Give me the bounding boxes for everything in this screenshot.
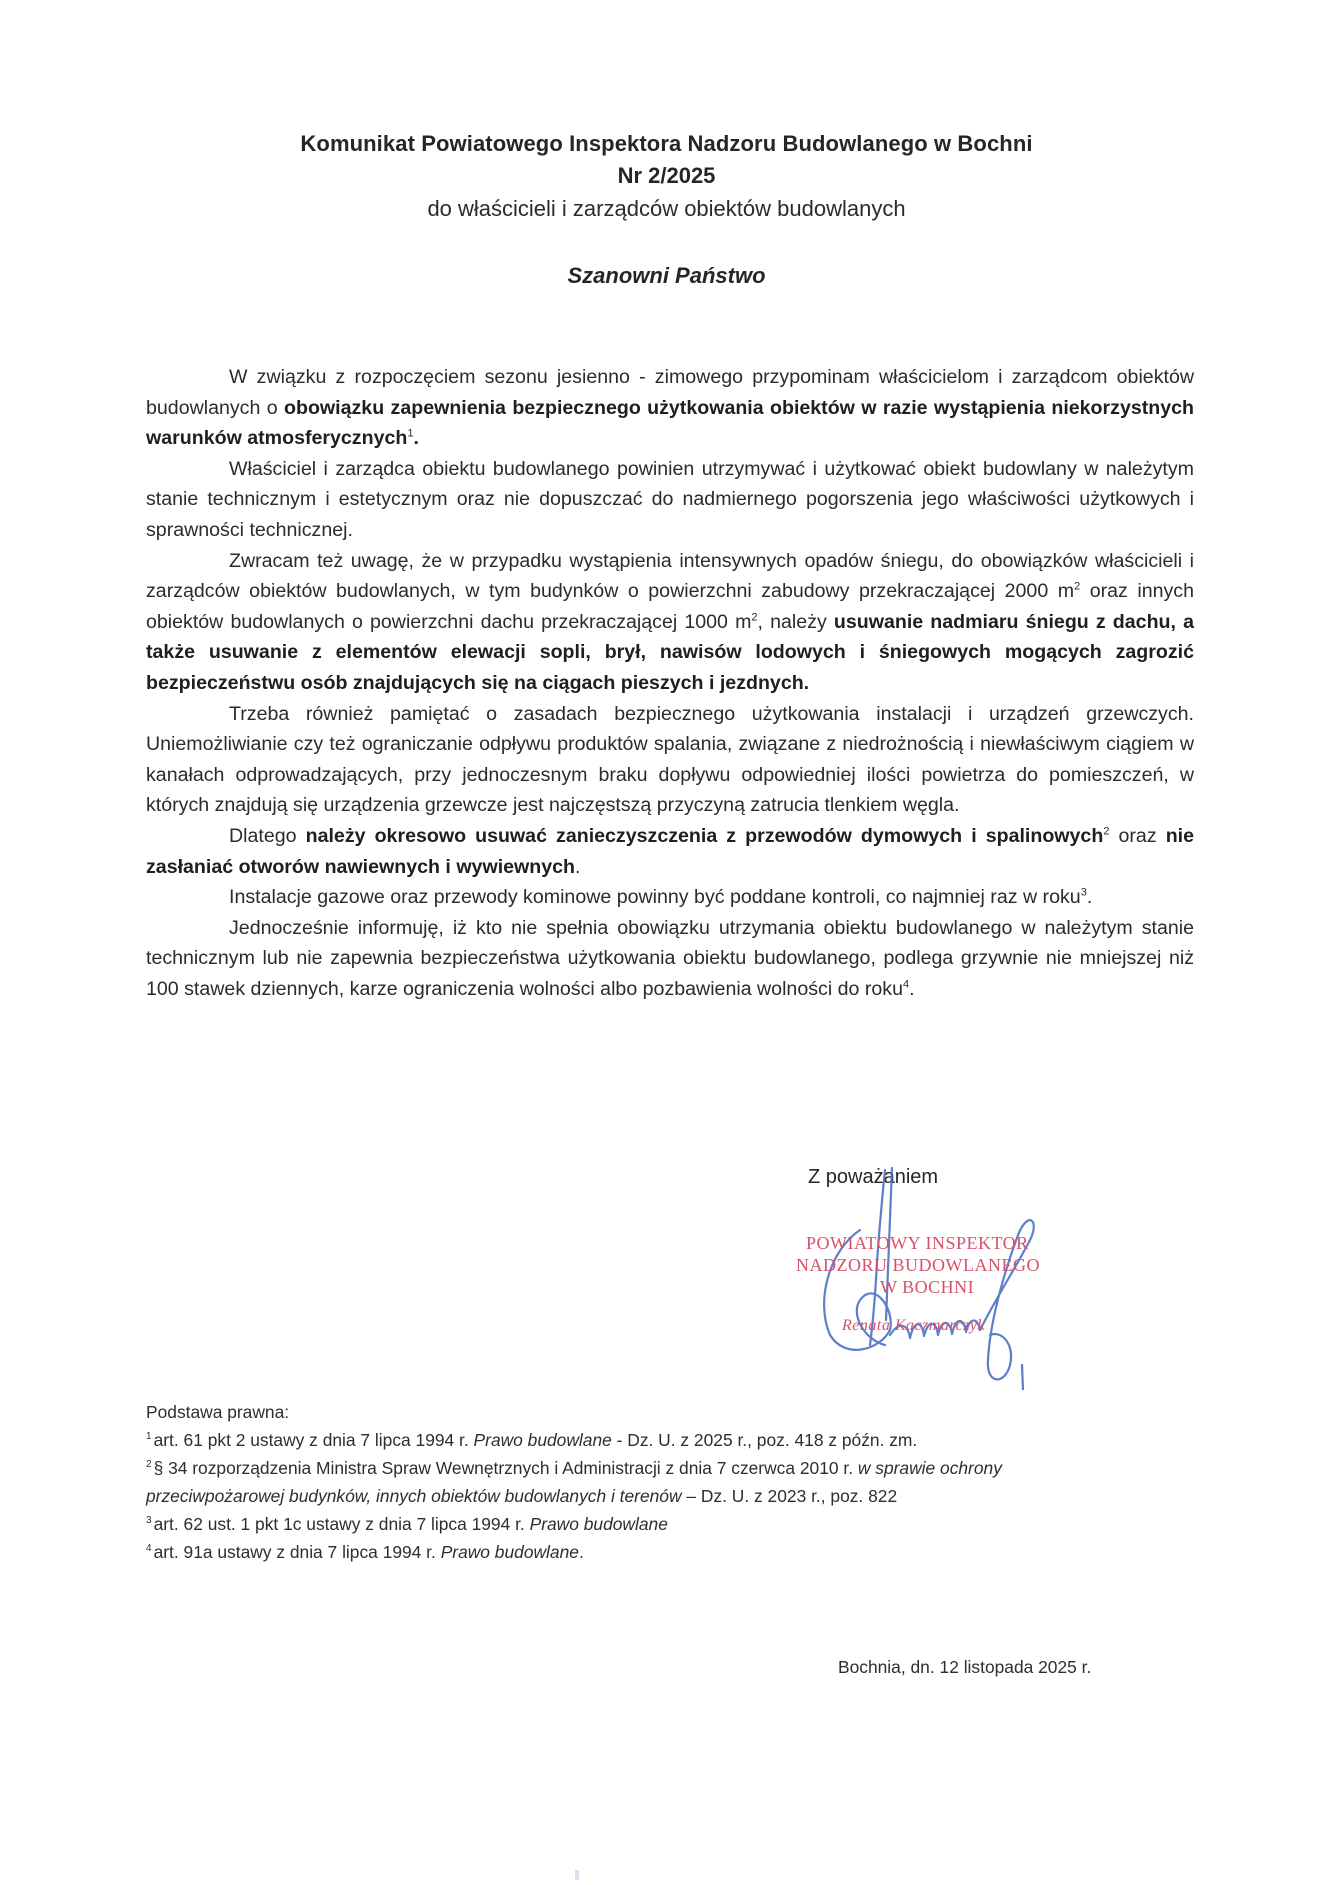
- footnote-text: art. 62 ust. 1 pkt 1c ustawy z dnia 7 li…: [154, 1514, 530, 1534]
- body-text: W związku z rozpoczęciem sezonu jesienno…: [146, 362, 1194, 1004]
- paragraph-text: Trzeba również pamiętać o zasadach bezpi…: [146, 703, 1194, 817]
- footnote-text: .: [579, 1542, 584, 1562]
- title-block: Komunikat Powiatowego Inspektora Nadzoru…: [0, 128, 1333, 226]
- emphasis-text: .: [413, 427, 418, 449]
- paragraph-text: Dlatego: [229, 825, 306, 847]
- act-title: Prawo budowlane: [530, 1514, 668, 1534]
- emphasis-text: obowiązku zapewnienia bezpiecznego użytk…: [146, 397, 1194, 450]
- stamp-line-1: POWIATOWY INSPEKTOR: [806, 1233, 1029, 1254]
- paragraph-text: .: [1087, 886, 1092, 908]
- paragraph-3: Zwracam też uwagę, że w przypadku wystąp…: [146, 546, 1194, 699]
- paragraph-7: Jednocześnie informuję, iż kto nie spełn…: [146, 913, 1194, 1005]
- stamp-line-2: NADZORU BUDOWLANEGO: [796, 1255, 1040, 1276]
- act-title: w sprawie ochrony: [858, 1458, 1002, 1478]
- footnote-text: – Dz. U. z 2023 r., poz. 822: [682, 1486, 898, 1506]
- greeting: Szanowni Państwo: [0, 263, 1333, 289]
- footnote-text: - Dz. U. z 2025 r., poz. 418 z późn. zm.: [612, 1430, 917, 1450]
- document-title: Komunikat Powiatowego Inspektora Nadzoru…: [0, 128, 1333, 160]
- scan-artifact: [575, 1870, 579, 1880]
- footnote-text: § 34 rozporządzenia Ministra Spraw Wewnę…: [154, 1458, 858, 1478]
- paragraph-text: oraz: [1109, 825, 1165, 847]
- document-number: Nr 2/2025: [0, 160, 1333, 192]
- footnote-number: 3: [146, 1515, 152, 1526]
- paragraph-2: Właściciel i zarządca obiektu budowlaneg…: [146, 454, 1194, 546]
- paragraph-5: Dlatego należy okresowo usuwać zanieczys…: [146, 821, 1194, 882]
- footnotes-heading: Podstawa prawna:: [146, 1398, 1196, 1426]
- footnote-number: 4: [146, 1543, 152, 1554]
- paragraph-text: .: [909, 978, 914, 1000]
- official-stamp: POWIATOWY INSPEKTOR NADZORU BUDOWLANEGO …: [780, 1215, 1100, 1375]
- paragraph-text: , należy: [758, 611, 834, 633]
- document-addressee: do właścicieli i zarządców obiektów budo…: [0, 192, 1333, 226]
- document-page: Komunikat Powiatowego Inspektora Nadzoru…: [0, 0, 1333, 1885]
- act-title: przeciwpożarowej budynków, innych obiekt…: [146, 1486, 682, 1506]
- legal-basis-footnotes: Podstawa prawna: 1art. 61 pkt 2 ustawy z…: [146, 1398, 1196, 1566]
- act-title: Prawo budowlane: [474, 1430, 612, 1450]
- paragraph-text: Zwracam też uwagę, że w przypadku wystąp…: [146, 550, 1194, 603]
- footnote-text: art. 61 pkt 2 ustawy z dnia 7 lipca 1994…: [154, 1430, 474, 1450]
- footnote-number: 1: [146, 1431, 152, 1442]
- stamp-name: Renata Kaczmarczyk: [842, 1317, 985, 1335]
- paragraph-text: Właściciel i zarządca obiektu budowlaneg…: [146, 458, 1194, 541]
- footnote-item: 1art. 61 pkt 2 ustawy z dnia 7 lipca 199…: [146, 1426, 1196, 1454]
- document-date: Bochnia, dn. 12 listopada 2025 r.: [838, 1657, 1091, 1678]
- paragraph-text: .: [575, 856, 580, 878]
- footnote-item: przeciwpożarowej budynków, innych obiekt…: [146, 1482, 1196, 1510]
- paragraph-6: Instalacje gazowe oraz przewody kominowe…: [146, 882, 1194, 913]
- paragraph-text: Jednocześnie informuję, iż kto nie spełn…: [146, 917, 1194, 1000]
- footnote-item: 4art. 91a ustawy z dnia 7 lipca 1994 r. …: [146, 1538, 1196, 1566]
- footnote-list: 1art. 61 pkt 2 ustawy z dnia 7 lipca 199…: [146, 1426, 1196, 1566]
- stamp-line-3: W BOCHNI: [880, 1277, 974, 1298]
- paragraph-text: Instalacje gazowe oraz przewody kominowe…: [229, 886, 1081, 908]
- emphasis-text: należy okresowo usuwać zanieczyszczenia …: [306, 825, 1104, 847]
- footnote-number: 2: [146, 1459, 152, 1470]
- act-title: Prawo budowlane: [441, 1542, 579, 1562]
- paragraph-1: W związku z rozpoczęciem sezonu jesienno…: [146, 362, 1194, 454]
- footnote-item: 2§ 34 rozporządzenia Ministra Spraw Wewn…: [146, 1454, 1196, 1482]
- footnote-item: 3art. 62 ust. 1 pkt 1c ustawy z dnia 7 l…: [146, 1510, 1196, 1538]
- footnote-text: art. 91a ustawy z dnia 7 lipca 1994 r.: [154, 1542, 441, 1562]
- paragraph-4: Trzeba również pamiętać o zasadach bezpi…: [146, 699, 1194, 821]
